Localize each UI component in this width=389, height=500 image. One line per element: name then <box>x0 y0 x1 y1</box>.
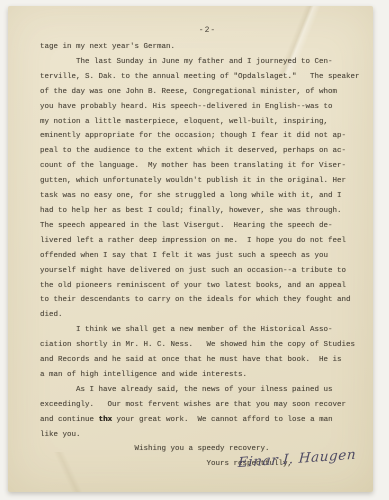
text-segment: exceedingly. Our most fervent wishes are… <box>40 401 346 409</box>
letter-page: -2- tage in my next year's German. The l… <box>8 6 373 492</box>
letter-line: As I have already said, the news of your… <box>40 383 368 398</box>
text-segment: died. <box>40 311 63 319</box>
letter-line: the old pioneers reminiscent of your two… <box>40 279 368 294</box>
text-segment: As I have already said, the news of your… <box>40 386 333 394</box>
text-segment: The last Sunday in June my father and I … <box>40 58 333 66</box>
letter-line: had to help her as best I could; finally… <box>40 204 368 219</box>
letter-line: my notion a little masterpiece, eloquent… <box>40 115 368 130</box>
letter-line: ciation shortly in Mr. H. C. Ness. We sh… <box>40 338 368 353</box>
letter-line: and Records and he said at once that he … <box>40 353 368 368</box>
letter-line: like you. <box>40 428 368 443</box>
text-segment: of the day was one John B. Reese, Congre… <box>40 88 337 96</box>
photo-background: -2- tage in my next year's German. The l… <box>0 0 389 500</box>
text-segment: peal to the audience to the extent which… <box>40 147 346 155</box>
page-number: -2- <box>8 26 373 35</box>
letter-line: terville, S. Dak. to the annual meeting … <box>40 70 368 85</box>
text-segment: the old pioneers reminiscent of your two… <box>40 282 346 290</box>
text-segment: to their descendants to carry on the ide… <box>40 296 351 304</box>
letter-line: task was no easy one, for she struggled … <box>40 189 368 204</box>
text-segment: task was no easy one, for she struggled … <box>40 192 342 200</box>
letter-line: eminently appropriate for the occasion; … <box>40 129 368 144</box>
letter-line: a man of high intelligence and wide inte… <box>40 368 368 383</box>
text-segment: like you. <box>40 431 81 439</box>
letter-line: tage in my next year's German. <box>40 40 368 55</box>
letter-line: The speech appeared in the last Visergut… <box>40 219 368 234</box>
text-segment: count of the language. My mother has bee… <box>40 162 346 170</box>
letter-line: you have probably heard. His speech--del… <box>40 100 368 115</box>
text-segment: your great work. We cannot afford to los… <box>112 416 333 424</box>
letter-body: tage in my next year's German. The last … <box>40 40 368 472</box>
text-segment: terville, S. Dak. to the annual meeting … <box>40 73 360 81</box>
text-segment: had to help her as best I could; finally… <box>40 207 342 215</box>
text-segment: offended when I say that I felt it was j… <box>40 252 328 260</box>
text-segment: a man of high intelligence and wide inte… <box>40 371 247 379</box>
text-segment: The speech appeared in the last Visergut… <box>40 222 333 230</box>
letter-line: livered left a rather deep impression on… <box>40 234 368 249</box>
letter-line: and continue thx your great work. We can… <box>40 413 368 428</box>
text-segment: ciation shortly in Mr. H. C. Ness. We sh… <box>40 341 355 349</box>
letter-line: exceedingly. Our most fervent wishes are… <box>40 398 368 413</box>
text-segment: my notion a little masterpiece, eloquent… <box>40 118 328 126</box>
text-segment: eminently appropriate for the occasion; … <box>40 132 346 140</box>
letter-line: died. <box>40 308 368 323</box>
text-segment: I think we shall get a new member of the… <box>40 326 333 334</box>
letter-line: I think we shall get a new member of the… <box>40 323 368 338</box>
text-segment: and Records and he said at once that he … <box>40 356 342 364</box>
letter-line: yourself might have delivered on just su… <box>40 264 368 279</box>
text-segment: livered left a rather deep impression on… <box>40 237 346 245</box>
text-segment: yourself might have delivered on just su… <box>40 267 346 275</box>
text-segment: tage in my next year's German. <box>40 43 175 51</box>
text-segment: you have probably heard. His speech--del… <box>40 103 333 111</box>
letter-line: gutten, which unfortunately wouldn't pub… <box>40 174 368 189</box>
text-segment: Wishing you a speedy recovery. <box>40 445 270 453</box>
letter-line: to their descendants to carry on the ide… <box>40 293 368 308</box>
overstruck-word: thx <box>99 416 113 424</box>
letter-line: count of the language. My mother has bee… <box>40 159 368 174</box>
letter-line: offended when I say that I felt it was j… <box>40 249 368 264</box>
letter-line: The last Sunday in June my father and I … <box>40 55 368 70</box>
text-segment: gutten, which unfortunately wouldn't pub… <box>40 177 346 185</box>
text-segment: and continue <box>40 416 99 424</box>
letter-line: peal to the audience to the extent which… <box>40 144 368 159</box>
letter-line: of the day was one John B. Reese, Congre… <box>40 85 368 100</box>
